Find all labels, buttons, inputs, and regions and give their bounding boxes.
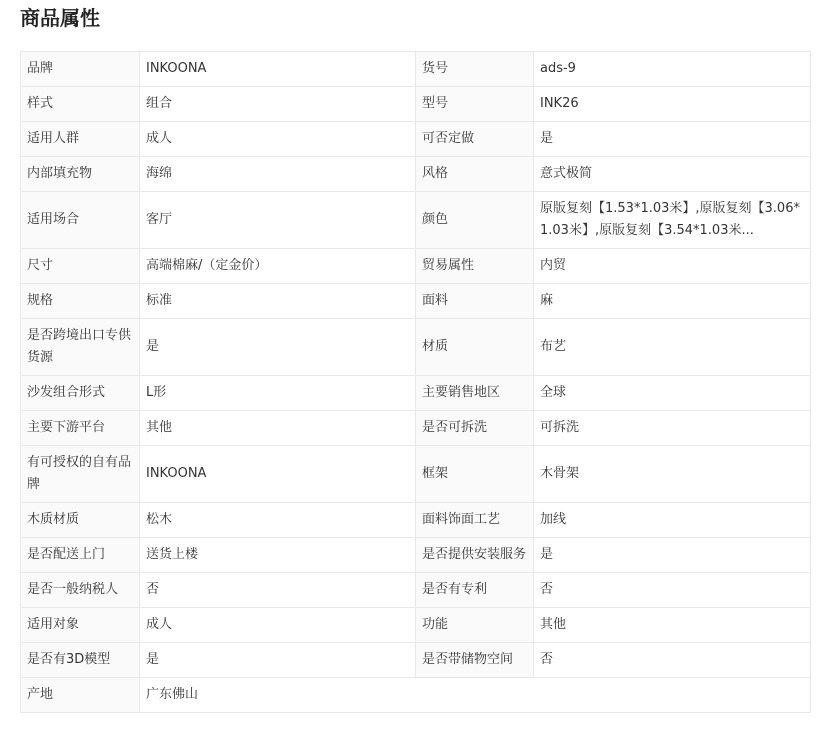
attribute-value: 加线: [534, 503, 811, 538]
attribute-value: 是: [534, 538, 811, 573]
attribute-value: INKOONA: [140, 52, 416, 87]
attribute-name: 颜色: [416, 192, 534, 249]
attribute-name: 功能: [416, 608, 534, 643]
attribute-value: 组合: [140, 87, 416, 122]
attribute-name: 是否提供安装服务: [416, 538, 534, 573]
attribute-name: 木质材质: [21, 503, 140, 538]
attribute-value: 高端棉麻/（定金价）: [140, 249, 416, 284]
attribute-value: 标准: [140, 284, 416, 319]
attribute-name: 是否带储物空间: [416, 643, 534, 678]
attribute-value: 布艺: [534, 319, 811, 376]
table-row: 是否有3D模型 是 是否带储物空间 否: [21, 643, 811, 678]
table-row: 规格 标准 面料 麻: [21, 284, 811, 319]
attribute-value: 成人: [140, 608, 416, 643]
attribute-name: 风格: [416, 157, 534, 192]
attribute-name: 适用人群: [21, 122, 140, 157]
attribute-value: 其他: [534, 608, 811, 643]
attribute-name: 主要销售地区: [416, 376, 534, 411]
attribute-name: 是否跨境出口专供货源: [21, 319, 140, 376]
attribute-name: 材质: [416, 319, 534, 376]
table-row: 是否配送上门 送货上楼 是否提供安装服务 是: [21, 538, 811, 573]
attribute-name: 是否配送上门: [21, 538, 140, 573]
attribute-name: 主要下游平台: [21, 411, 140, 446]
attribute-value: 否: [140, 573, 416, 608]
product-attributes-table: 品牌 INKOONA 货号 ads-9 样式 组合 型号 INK26 适用人群 …: [20, 51, 811, 713]
table-row: 适用场合 客厅 颜色 原版复刻【1.53*1.03米】,原版复刻【3.06*1.…: [21, 192, 811, 249]
attribute-value: 海绵: [140, 157, 416, 192]
table-row: 适用人群 成人 可否定做 是: [21, 122, 811, 157]
attribute-value: 意式极简: [534, 157, 811, 192]
attribute-name: 适用场合: [21, 192, 140, 249]
attribute-value: 是: [140, 319, 416, 376]
attribute-value: 成人: [140, 122, 416, 157]
attribute-value: 内贸: [534, 249, 811, 284]
attribute-value: 否: [534, 573, 811, 608]
attribute-value: ads-9: [534, 52, 811, 87]
attribute-name: 是否有专利: [416, 573, 534, 608]
attribute-name: 贸易属性: [416, 249, 534, 284]
attribute-value: 否: [534, 643, 811, 678]
color-value-text: 原版复刻【1.53*1.03米】,原版复刻【3.06*1.03米】,原版复刻【3…: [540, 198, 804, 242]
table-row: 品牌 INKOONA 货号 ads-9: [21, 52, 811, 87]
attribute-value: 广东佛山: [140, 678, 811, 713]
attribute-name: 面料饰面工艺: [416, 503, 534, 538]
attribute-name: 型号: [416, 87, 534, 122]
attribute-value: 木骨架: [534, 446, 811, 503]
attribute-name: 面料: [416, 284, 534, 319]
attribute-name: 沙发组合形式: [21, 376, 140, 411]
attribute-name: 货号: [416, 52, 534, 87]
attribute-name: 有可授权的自有品牌: [21, 446, 140, 503]
attribute-value: INK26: [534, 87, 811, 122]
table-row: 是否一般纳税人 否 是否有专利 否: [21, 573, 811, 608]
attribute-name: 适用对象: [21, 608, 140, 643]
attribute-name: 尺寸: [21, 249, 140, 284]
attribute-value: 送货上楼: [140, 538, 416, 573]
attribute-value-color: 原版复刻【1.53*1.03米】,原版复刻【3.06*1.03米】,原版复刻【3…: [534, 192, 811, 249]
table-row: 沙发组合形式 L形 主要销售地区 全球: [21, 376, 811, 411]
attribute-name: 内部填充物: [21, 157, 140, 192]
attribute-name: 是否一般纳税人: [21, 573, 140, 608]
attribute-value: 可拆洗: [534, 411, 811, 446]
attribute-name: 品牌: [21, 52, 140, 87]
attribute-value: 客厅: [140, 192, 416, 249]
attribute-value: L形: [140, 376, 416, 411]
attribute-name: 样式: [21, 87, 140, 122]
table-row: 木质材质 松木 面料饰面工艺 加线: [21, 503, 811, 538]
table-row: 尺寸 高端棉麻/（定金价） 贸易属性 内贸: [21, 249, 811, 284]
attribute-value: 全球: [534, 376, 811, 411]
attribute-value: 是: [534, 122, 811, 157]
table-row: 内部填充物 海绵 风格 意式极简: [21, 157, 811, 192]
attribute-value: INKOONA: [140, 446, 416, 503]
attribute-name: 是否可拆洗: [416, 411, 534, 446]
attribute-name: 是否有3D模型: [21, 643, 140, 678]
attribute-value: 麻: [534, 284, 811, 319]
attribute-value: 松木: [140, 503, 416, 538]
attribute-name: 框架: [416, 446, 534, 503]
table-row: 适用对象 成人 功能 其他: [21, 608, 811, 643]
attribute-name: 规格: [21, 284, 140, 319]
table-row: 产地 广东佛山: [21, 678, 811, 713]
table-row: 主要下游平台 其他 是否可拆洗 可拆洗: [21, 411, 811, 446]
table-row: 是否跨境出口专供货源 是 材质 布艺: [21, 319, 811, 376]
attribute-value: 是: [140, 643, 416, 678]
attribute-name: 产地: [21, 678, 140, 713]
table-row: 有可授权的自有品牌 INKOONA 框架 木骨架: [21, 446, 811, 503]
section-title: 商品属性: [20, 4, 100, 32]
attribute-name: 可否定做: [416, 122, 534, 157]
attribute-value: 其他: [140, 411, 416, 446]
table-row: 样式 组合 型号 INK26: [21, 87, 811, 122]
